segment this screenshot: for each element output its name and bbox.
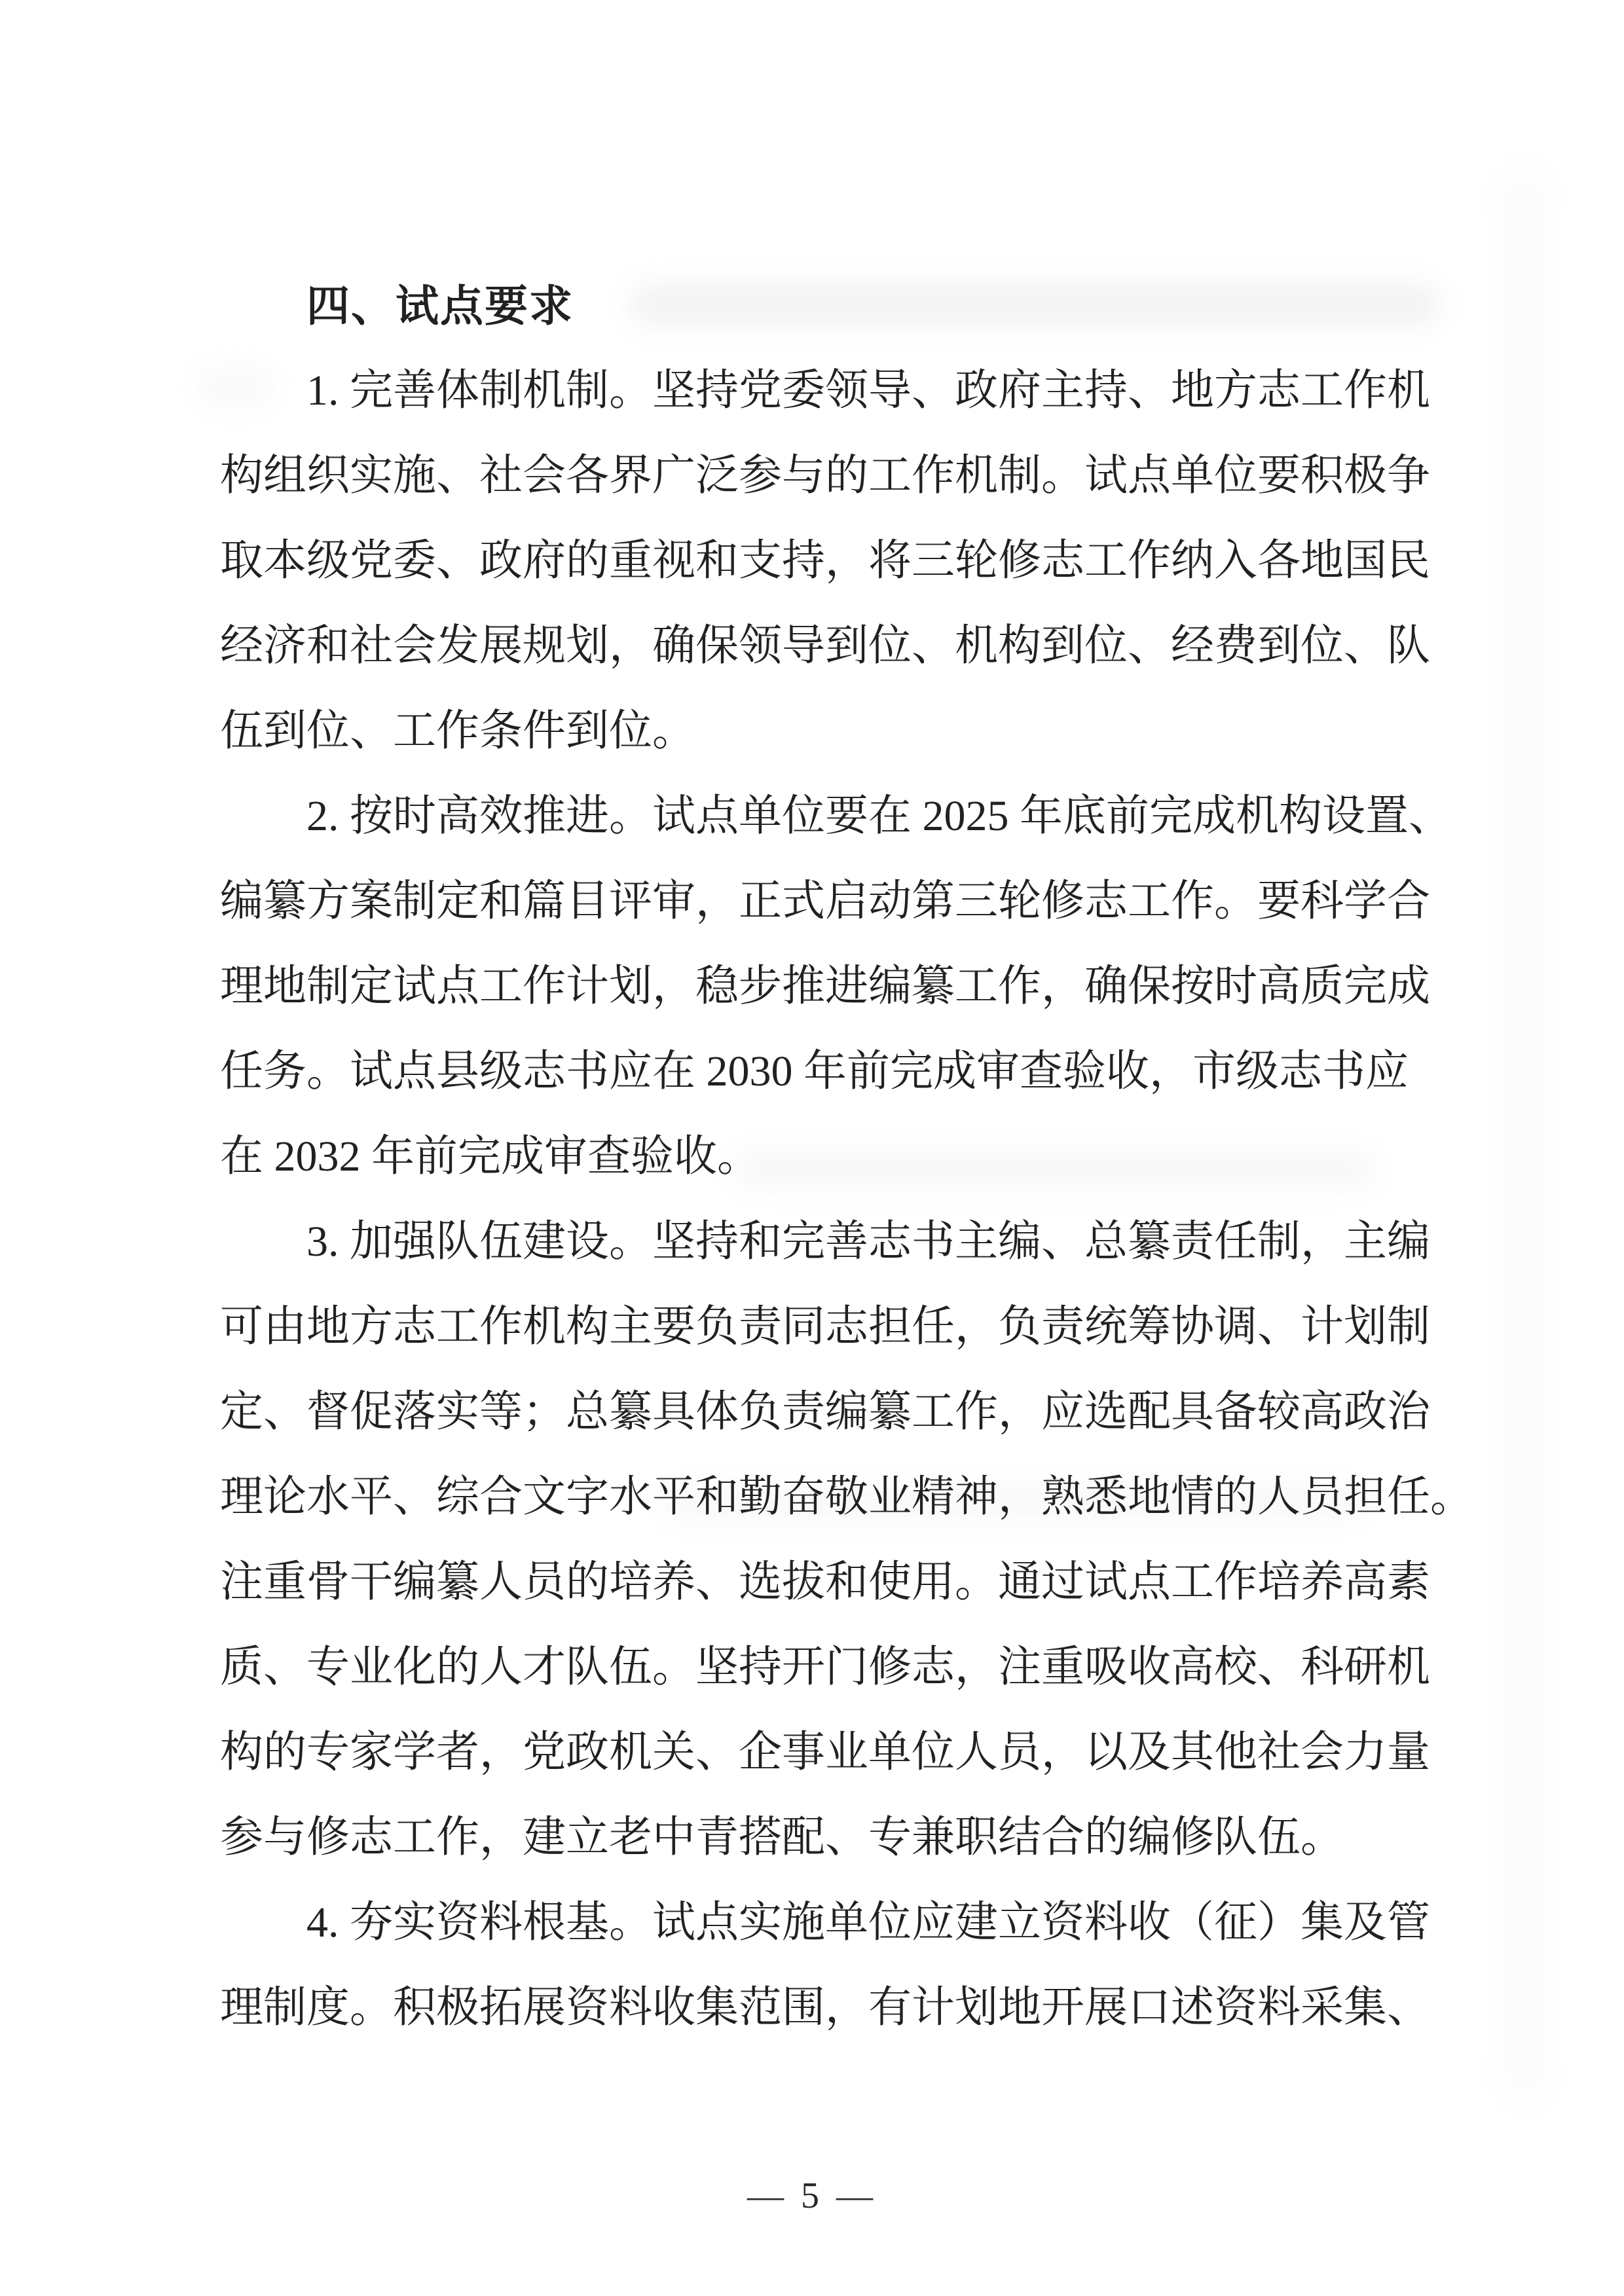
paragraph-2-line-3: 理地制定试点工作计划，稳步推进编纂工作，确保按时高质完成 xyxy=(220,944,1431,1029)
paragraph-1-line-3: 取本级党委、政府的重视和支持，将三轮修志工作纳入各地国民 xyxy=(220,519,1431,604)
paragraph-1-line-5: 伍到位、工作条件到位。 xyxy=(220,689,1431,774)
paragraph-3-line-6: 质、专业化的人才队伍。坚持开门修志，注重吸收高校、科研机 xyxy=(220,1625,1431,1710)
paragraph-3-line-4: 理论水平、综合文字水平和勤奋敬业精神，熟悉地情的人员担任。 xyxy=(220,1455,1431,1540)
paragraph-2-line-2: 编纂方案制定和篇目评审，正式启动第三轮修志工作。要科学合 xyxy=(220,859,1431,944)
paragraph-2-line-1: 2. 按时高效推进。试点单位要在 2025 年底前完成机构设置、 xyxy=(220,774,1431,859)
page-number: — 5 — xyxy=(0,2172,1624,2219)
paragraph-2-line-5: 在 2032 年前完成审查验收。 xyxy=(220,1114,1431,1199)
scan-artifact xyxy=(1506,170,1543,2102)
paragraph-3-line-2: 可由地方志工作机构主要负责同志担任，负责统筹协调、计划制 xyxy=(220,1285,1431,1370)
paragraph-4-line-2: 理制度。积极拓展资料收集范围，有计划地开展口述资料采集、 xyxy=(220,1965,1431,2050)
paragraph-3-line-5: 注重骨干编纂人员的培养、选拔和使用。通过试点工作培养高素 xyxy=(220,1540,1431,1625)
paragraph-3-line-3: 定、督促落实等；总纂具体负责编纂工作，应选配具备较高政治 xyxy=(220,1370,1431,1455)
section-heading: 四、试点要求 xyxy=(220,263,1431,348)
paragraph-1-line-2: 构组织实施、社会各界广泛参与的工作机制。试点单位要积极争 xyxy=(220,433,1431,519)
paragraph-3-line-7: 构的专家学者，党政机关、企事业单位人员，以及其他社会力量 xyxy=(220,1710,1431,1795)
paragraph-3-line-8: 参与修志工作，建立老中青搭配、专兼职结合的编修队伍。 xyxy=(220,1795,1431,1880)
paragraph-4-line-1: 4. 夯实资料根基。试点实施单位应建立资料收（征）集及管 xyxy=(220,1880,1431,1965)
paragraph-2-line-4: 任务。试点县级志书应在 2030 年前完成审查验收，市级志书应 xyxy=(220,1029,1431,1114)
paragraph-1-line-1: 1. 完善体制机制。坚持党委领导、政府主持、地方志工作机 xyxy=(220,348,1431,433)
paragraph-3-line-1: 3. 加强队伍建设。坚持和完善志书主编、总纂责任制，主编 xyxy=(220,1199,1431,1285)
paragraph-1-line-4: 经济和社会发展规划，确保领导到位、机构到位、经费到位、队 xyxy=(220,604,1431,689)
scanned-document-page: 四、试点要求 1. 完善体制机制。坚持党委领导、政府主持、地方志工作机 构组织实… xyxy=(0,0,1624,2296)
document-body: 四、试点要求 1. 完善体制机制。坚持党委领导、政府主持、地方志工作机 构组织实… xyxy=(220,263,1431,2050)
